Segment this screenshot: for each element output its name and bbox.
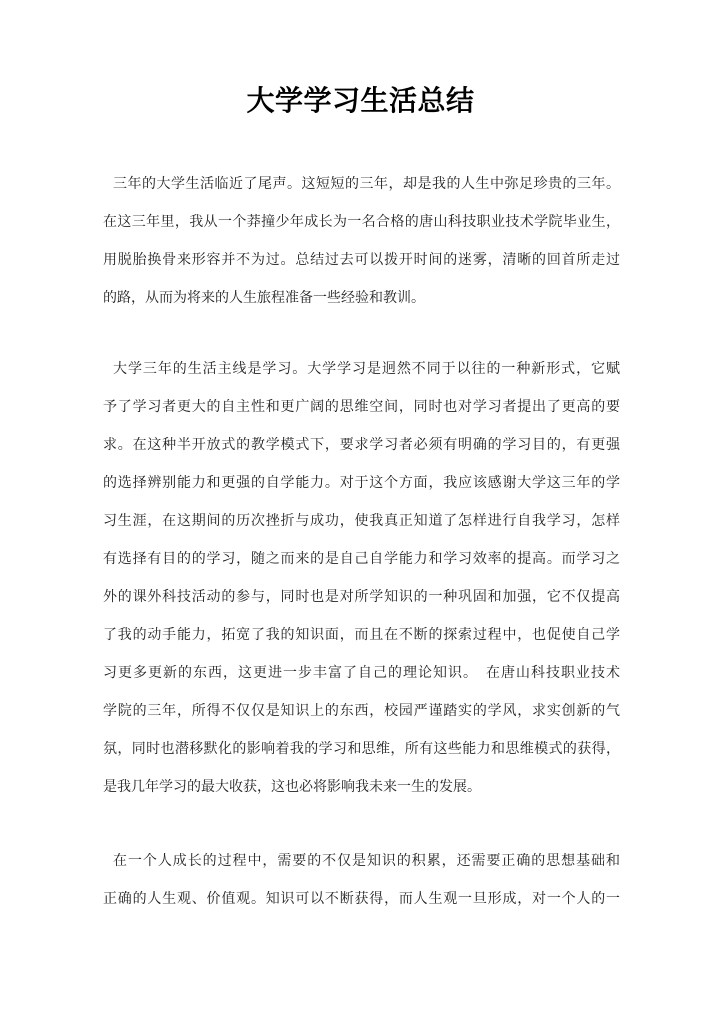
- text-line: 在这三年里，我从一个莽撞少年成长为一名合格的唐山科技职业技术学院毕业生，: [103, 204, 620, 242]
- paragraph: 在一个人成长的过程中，需要的不仅是知识的积累，还需要正确的思想基础和 正确的人生…: [103, 843, 620, 919]
- text-line: 氛，同时也潜移默化的影响着我的学习和思维，所有这些能力和思维模式的获得，: [103, 731, 620, 769]
- text-line: 了我的动手能力，拓宽了我的知识面，而且在不断的探索过程中，也促使自己学: [103, 617, 620, 655]
- text-line: 求。在这种半开放式的教学模式下，要求学习者必须有明确的学习目的，有更强: [103, 427, 620, 465]
- text-line: 是我几年学习的最大收获，这也必将影响我未来一生的发展。: [103, 769, 620, 807]
- text-line: 的路，从而为将来的人生旅程准备一些经验和教训。: [103, 280, 620, 318]
- paragraph: 三年的大学生活临近了尾声。这短短的三年，却是我的人生中弥足珍贵的三年。 在这三年…: [103, 166, 620, 318]
- text-line: 三年的大学生活临近了尾声。这短短的三年，却是我的人生中弥足珍贵的三年。: [103, 166, 620, 204]
- text-line: 予了学习者更大的自主性和更广阔的思维空间，同时也对学习者提出了更高的要: [103, 389, 620, 427]
- text-line: 习生涯，在这期间的历次挫折与成功，使我真正知道了怎样进行自我学习，怎样: [103, 503, 620, 541]
- text-line: 用脱胎换骨来形容并不为过。总结过去可以拨开时间的迷雾，清晰的回首所走过: [103, 242, 620, 280]
- text-line: 有选择有目的的学习，随之而来的是自己自学能力和学习效率的提高。而学习之: [103, 541, 620, 579]
- text-line: 正确的人生观、价值观。知识可以不断获得，而人生观一旦形成，对一个人的一: [103, 881, 620, 919]
- text-line: 学院的三年，所得不仅仅是知识上的东西，校园严谨踏实的学风，求实创新的气: [103, 693, 620, 731]
- text-line: 大学三年的生活主线是学习。大学学习是迥然不同于以往的一种新形式，它赋: [103, 351, 620, 389]
- text-line: 外的课外科技活动的参与，同时也是对所学知识的一种巩固和加强，它不仅提高: [103, 579, 620, 617]
- text-line: 的选择辨别能力和更强的自学能力。对于这个方面，我应该感谢大学这三年的学: [103, 465, 620, 503]
- text-line: 习更多更新的东西，这更进一步丰富了自己的理论知识。 在唐山科技职业技术: [103, 655, 620, 693]
- document-page: 大学学习生活总结 三年的大学生活临近了尾声。这短短的三年，却是我的人生中弥足珍贵…: [0, 0, 721, 1020]
- document-title: 大学学习生活总结: [0, 82, 721, 122]
- text-line: 在一个人成长的过程中，需要的不仅是知识的积累，还需要正确的思想基础和: [103, 843, 620, 881]
- paragraph: 大学三年的生活主线是学习。大学学习是迥然不同于以往的一种新形式，它赋 予了学习者…: [103, 351, 620, 807]
